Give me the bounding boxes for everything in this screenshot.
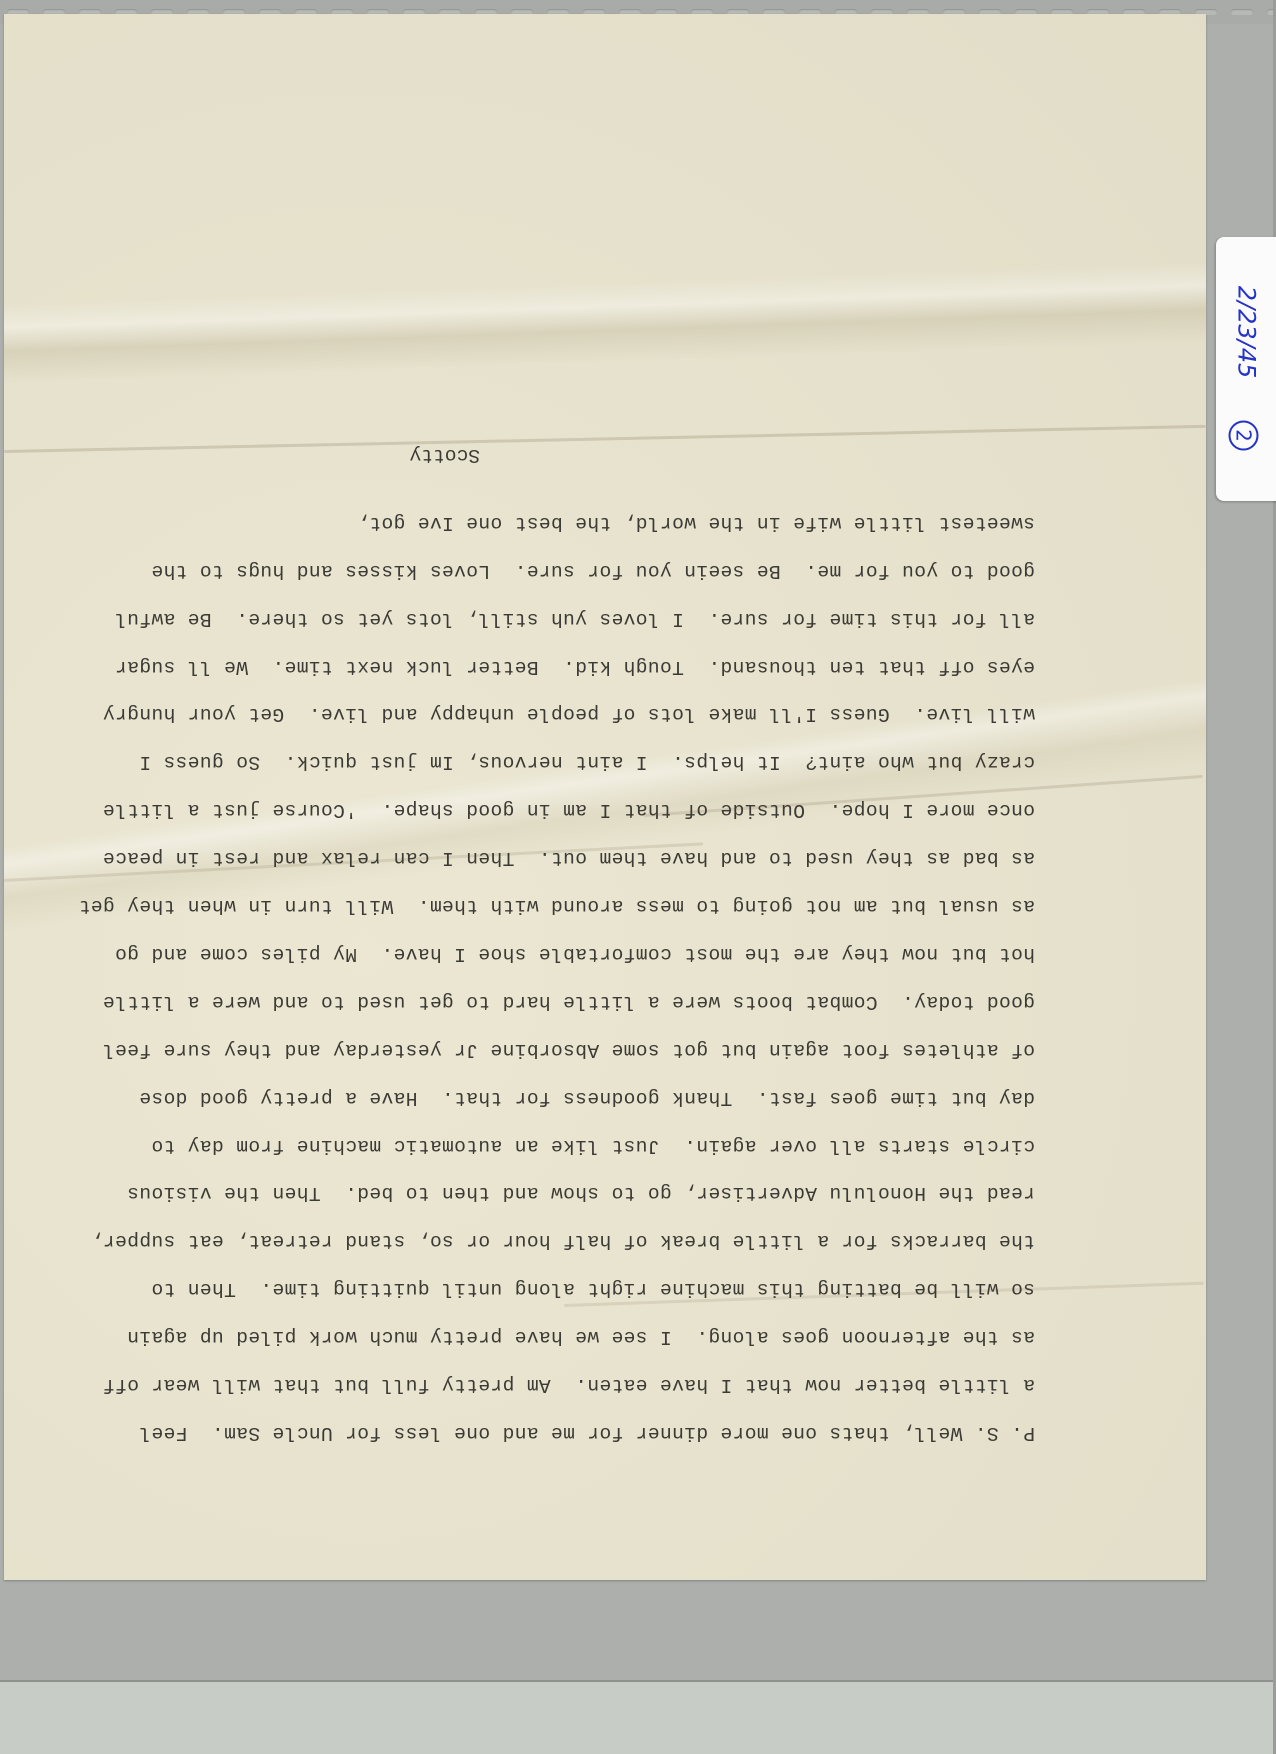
letter-line: eyes off that ten thousand. Tough kid. B…: [115, 657, 1035, 677]
letter-line: of athletes foot again but got some Abso…: [103, 1040, 1035, 1060]
letter-line: a little better now that I have eaten. A…: [103, 1375, 1035, 1395]
archive-index-tab: 2/23/45 2: [1216, 237, 1276, 501]
letter-line: crazy but who aint? It helps. I aint ner…: [139, 752, 1035, 772]
letter-line: as usual but am not going to mess around…: [78, 896, 1035, 916]
letter-line: P. S. Well, thats one more dinner for me…: [139, 1423, 1035, 1443]
handwritten-page-number: 2: [1226, 417, 1262, 453]
letter-line: sweetest little wife in the world, the b…: [357, 513, 1035, 533]
letter-line: good today. Combat boots were a little h…: [103, 992, 1035, 1012]
tab-date-text: 2/23/45: [1232, 286, 1260, 379]
letter-line: will live. Guess I'll make lots of peopl…: [103, 705, 1035, 725]
letter-line: as the afternoon goes along. I see we ha…: [127, 1327, 1035, 1347]
handwritten-date: 2/23/45: [1226, 277, 1266, 387]
circled-page-number: 2: [1229, 420, 1260, 450]
letter-line: all for this time for sure. I loves yuh …: [115, 609, 1035, 629]
letter-line: so will be batting this machine right al…: [151, 1279, 1035, 1299]
letter-line: good to you for me. Be seein you for sur…: [151, 561, 1035, 581]
letter-line: as bad as they used to and have them out…: [103, 848, 1035, 868]
letter-line: once more I hope. Outside of that I am i…: [103, 800, 1035, 820]
letter-line: day but time goes fast. Thank goodness f…: [139, 1088, 1035, 1108]
letter-line: read the Honolulu Advertiser, go to show…: [127, 1184, 1035, 1204]
signature: Scotty: [409, 445, 480, 465]
letter-line: hot but now they are the most comfortabl…: [115, 944, 1035, 964]
sleeve-hole: [1231, 9, 1253, 15]
sleeve-bottom-edge: [0, 1680, 1276, 1754]
typed-letter-body: Scotty P. S. Well, thats one more dinner…: [85, 448, 1035, 1443]
letter-line: the barracks for a little break of half …: [91, 1231, 1035, 1251]
letter-line: circle starts all over again. Just like …: [151, 1136, 1035, 1156]
